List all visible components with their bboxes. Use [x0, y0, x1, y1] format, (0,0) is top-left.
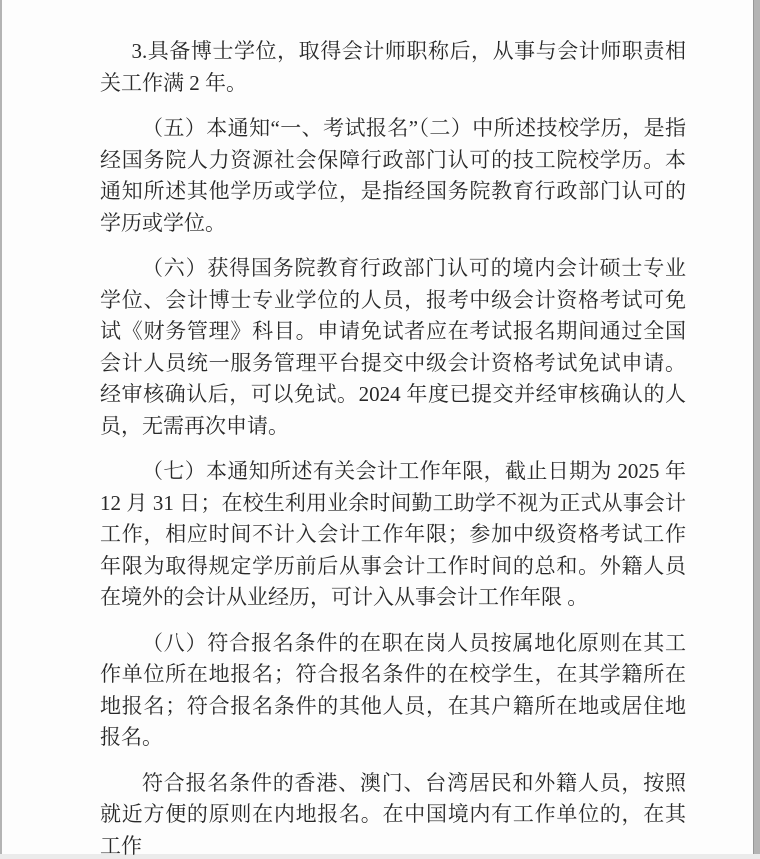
paragraph-item-7: （七）本通知所述有关会计工作年限，截止日期为 2025 年 12 月 31 日；… [100, 456, 686, 614]
paragraph-item-5: （五）本通知“一、考试报名”（二）中所述技校学历，是指经国务院人力资源社会保障行… [100, 113, 686, 239]
paragraph-item-6: （六）获得国务院教育行政部门认可的境内会计硕士专业学位、会计博士专业学位的人员，… [100, 253, 686, 442]
paragraph-hmt-residents: 符合报名条件的香港、澳门、台湾居民和外籍人员，按照就近方便的原则在内地报名。在中… [100, 768, 686, 859]
scanned-document-page: 3.具备博士学位，取得会计师职称后，从事与会计师职责相关工作满 2 年。 （五）… [0, 0, 760, 859]
paragraph-item-8: （八）符合报名条件的在职在岗人员按属地化原则在其工作单位所在地报名；符合报名条件… [100, 628, 686, 754]
scan-edge-right [753, 0, 760, 859]
scan-edge-left [0, 0, 2, 859]
document-body-text: 3.具备博士学位，取得会计师职称后，从事与会计师职责相关工作满 2 年。 （五）… [100, 36, 686, 859]
paragraph-item-3: 3.具备博士学位，取得会计师职称后，从事与会计师职责相关工作满 2 年。 [100, 36, 686, 99]
